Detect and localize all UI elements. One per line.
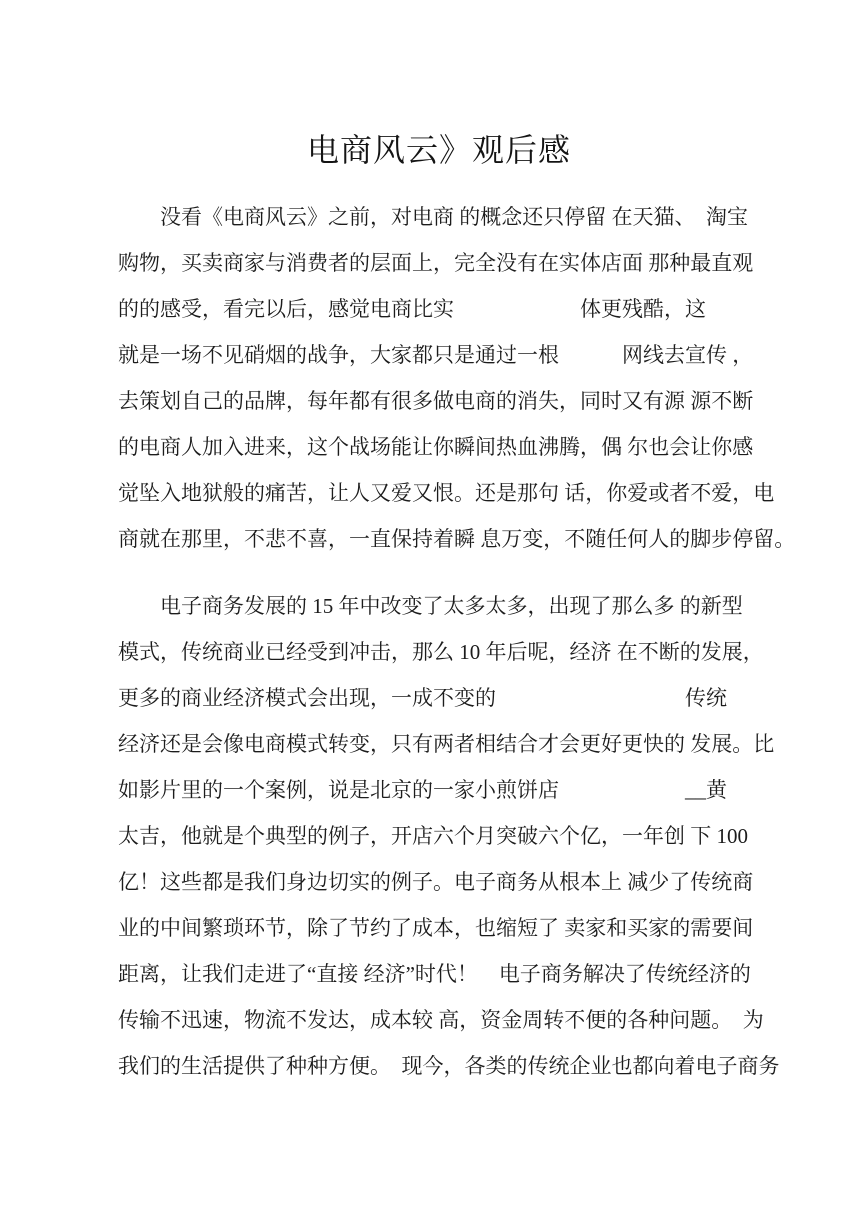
text-line: 传输不迅速，物流不发达，成本较 高，资金周转不便的各种问题。 为 — [118, 997, 760, 1043]
text-line: 就是一场不见硝烟的战争，大家都只是通过一根 网线去宣传 ， — [118, 332, 760, 378]
text-line: 距离，让我们走进了“直接 经济”时代！ 电子商务解决了传统经济的 — [118, 951, 760, 997]
text-line: 没看《电商风云》之前，对电商 的概念还只停留 在天猫、 淘宝 — [118, 194, 760, 240]
text-line: 的的感受，看完以后，感觉电商比实 体更残酷，这 — [118, 286, 760, 332]
text-line: 商就在那里，不悲不喜，一直保持着瞬 息万变，不随任何人的脚步停留。 — [118, 516, 760, 562]
text-line: 如影片里的一个案例，说是北京的一家小煎饼店 __黄 — [118, 767, 760, 813]
paragraph: 电子商务发展的 15 年中改变了太多太多，出现了那么多 的新型模式，传统商业已经… — [118, 583, 760, 1089]
text-line: 我们的生活提供了种种方便。 现今，各类的传统企业也都向着电子商务 — [118, 1043, 760, 1089]
paragraph: 没看《电商风云》之前，对电商 的概念还只停留 在天猫、 淘宝购物，买卖商家与消费… — [118, 194, 760, 562]
document-title: 电商风云》观后感 — [118, 0, 760, 172]
text-line: 电子商务发展的 15 年中改变了太多太多，出现了那么多 的新型 — [118, 583, 760, 629]
text-line: 更多的商业经济模式会出现，一成不变的 传统 — [118, 675, 760, 721]
text-line: 去策划自己的品牌，每年都有很多做电商的消失，同时又有源 源不断 — [118, 378, 760, 424]
text-line: 的电商人加入进来，这个战场能让你瞬间热血沸腾，偶 尔也会让你感 — [118, 424, 760, 470]
text-line: 亿！这些都是我们身边切实的例子。电子商务从根本上 减少了传统商 — [118, 859, 760, 905]
text-line: 业的中间繁琐环节，除了节约了成本，也缩短了 卖家和买家的需要间 — [118, 905, 760, 951]
text-line: 购物，买卖商家与消费者的层面上，完全没有在实体店面 那种最直观 — [118, 240, 760, 286]
document-page: 电商风云》观后感 没看《电商风云》之前，对电商 的概念还只停留 在天猫、 淘宝购… — [0, 0, 860, 1218]
text-line: 经济还是会像电商模式转变，只有两者相结合才会更好更快的 发展。比 — [118, 721, 760, 767]
text-line: 太吉，他就是个典型的例子，开店六个月突破六个亿，一年创 下 100 — [118, 813, 760, 859]
document-content: 没看《电商风云》之前，对电商 的概念还只停留 在天猫、 淘宝购物，买卖商家与消费… — [118, 194, 760, 1089]
text-line: 觉坠入地狱般的痛苦，让人又爱又恨。还是那句 话，你爱或者不爱，电 — [118, 470, 760, 516]
text-line: 模式，传统商业已经受到冲击，那么 10 年后呢，经济 在不断的发展， — [118, 629, 760, 675]
